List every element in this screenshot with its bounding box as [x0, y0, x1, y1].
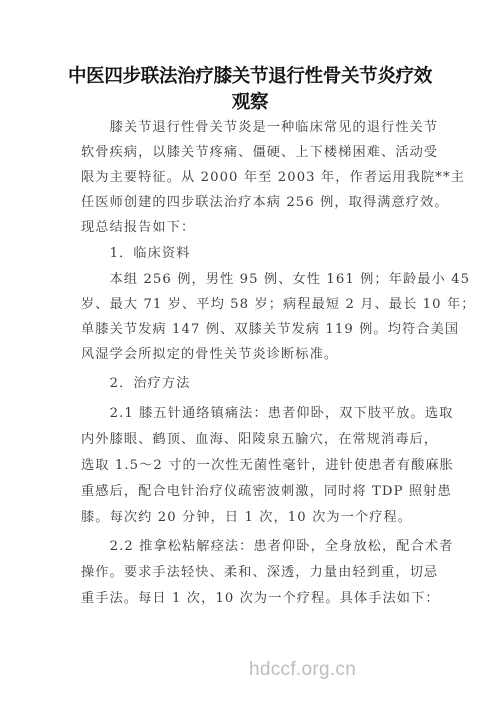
body-line: 重手法。每日 1 次，10 次为一个疗程。具体手法如下： — [81, 589, 421, 609]
document-title-line-2: 观察 — [60, 88, 440, 114]
body-line: 软骨疾病，以膝关节疼痛、僵硬、上下楼梯困难、活动受 — [81, 143, 421, 163]
body-line: 限为主要特征。从 2000 年至 2003 年，作者运用我院**主 — [81, 168, 421, 188]
body-line: 膝。每次约 20 分钟，日 1 次，10 次为一个疗程。 — [81, 508, 421, 528]
watermark-text: hdccf.org.cn — [249, 659, 356, 681]
document-title-line-1: 中医四步联法治疗膝关节退行性骨关节炎疗效 — [60, 62, 440, 88]
body-line: 膝关节退行性骨关节炎是一种临床常见的退行性关节 — [81, 118, 421, 138]
body-line: 操作。要求手法轻快、柔和、深透，力量由轻到重，切忌 — [81, 563, 421, 583]
document-page: 中医四步联法治疗膝关节退行性骨关节炎疗效 观察 膝关节退行性骨关节炎是一种临床常… — [0, 0, 500, 707]
body-line: 单膝关节发病 147 例、双膝关节发病 119 例。均符合美国 — [81, 320, 421, 340]
body-line: 任医师创建的四步联法治疗本病 256 例，取得满意疗效。 — [81, 193, 421, 213]
body-line: 2.1 膝五针通络镇痛法：患者仰卧，双下肢平放。选取 — [81, 404, 421, 424]
body-line: 现总结报告如下： — [81, 218, 421, 238]
body-line: 风湿学会所拟定的骨性关节炎诊断标准。 — [81, 345, 421, 365]
body-line: 岁、最大 71 岁、平均 58 岁；病程最短 2 月、最长 10 年； — [81, 295, 421, 315]
body-line: 本组 256 例，男性 95 例、女性 161 例；年龄最小 45 — [81, 270, 421, 290]
body-line: 2.2 推拿松粘解痉法：患者仰卧，全身放松，配合术者 — [81, 537, 421, 557]
body-line: 重感后，配合电针治疗仪疏密波刺激，同时将 TDP 照射患 — [81, 482, 421, 502]
section-heading-treatment-method: 2．治疗方法 — [81, 374, 421, 394]
body-line: 内外膝眼、鹤顶、血海、阳陵泉五腧穴，在常规消毒后， — [81, 430, 421, 450]
section-heading-clinical-data: 1．临床资料 — [81, 244, 421, 264]
body-line: 选取 1.5～2 寸的一次性无菌性毫针，进针使患者有酸麻胀 — [81, 456, 421, 476]
